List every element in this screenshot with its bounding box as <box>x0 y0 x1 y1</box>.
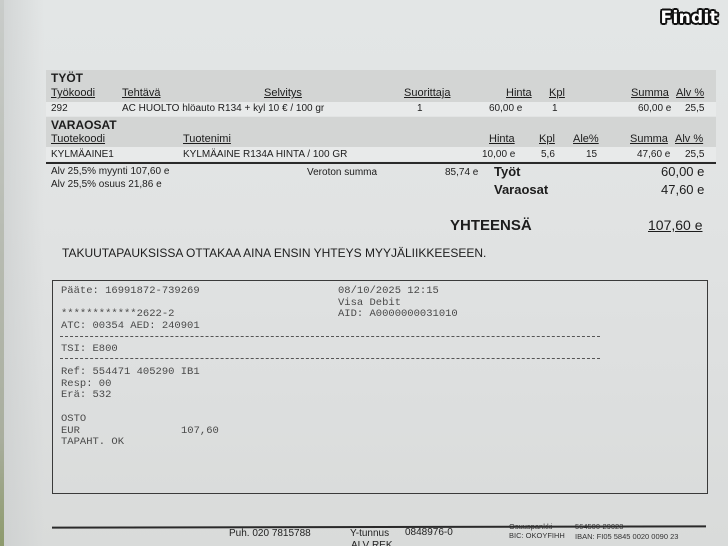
work-total-value: 60,00 e <box>661 164 704 179</box>
part-vat: 25,5 <box>685 149 704 160</box>
batch-number: Erä: 532 <box>61 389 111 401</box>
work-vat: 25,5 <box>685 103 704 114</box>
col-parts-alv: Alv % <box>675 133 703 145</box>
atc-aed: ATC: 00354 AED: 240901 <box>61 320 200 332</box>
grand-total-label: YHTEENSÄ <box>450 217 532 234</box>
work-total-label: Työt <box>494 164 520 179</box>
net-value: 85,74 e <box>445 167 478 178</box>
parts-header-band <box>46 117 716 147</box>
work-performer: 1 <box>417 103 423 114</box>
part-price: 10,00 e <box>482 149 515 160</box>
col-tuotekoodi: Tuotekoodi <box>51 133 105 145</box>
col-summa: Summa <box>631 87 669 99</box>
col-parts-hinta: Hinta <box>489 133 515 145</box>
col-selvitys: Selvitys <box>264 87 302 99</box>
vat-registration: ALV REK <box>351 540 393 546</box>
part-code: KYLMÄAINE1 <box>51 149 114 160</box>
amount: 107,60 <box>181 425 219 437</box>
warranty-note: TAKUUTAPAUKSISSA OTTAKAA AINA ENSIN YHTE… <box>62 246 486 260</box>
transaction-datetime: 08/10/2025 12:15 <box>338 285 439 297</box>
business-id: 0848976-0 <box>405 527 453 538</box>
transaction-status: TAPAHT. OK <box>61 436 124 448</box>
net-label: Veroton summa <box>307 167 377 178</box>
parts-section-title: VARAOSAT <box>51 118 117 132</box>
findit-logo: Findit <box>661 8 718 28</box>
part-qty: 5,6 <box>541 149 555 160</box>
dashed-separator <box>60 358 600 359</box>
part-discount: 15 <box>586 149 597 160</box>
iban: IBAN: FI05 5845 0020 0090 23 <box>575 532 678 541</box>
card-number: ************2622-2 <box>61 308 174 320</box>
bank-name: Osuuspankki <box>509 522 552 531</box>
vat-sales: Alv 25,5% myynti 107,60 e <box>51 166 169 177</box>
work-qty: 1 <box>552 103 558 114</box>
work-code: 292 <box>51 103 68 114</box>
col-parts-summa: Summa <box>630 133 668 145</box>
phone-number: Puh. 020 7815788 <box>229 528 311 539</box>
col-tuotenimi: Tuotenimi <box>183 133 231 145</box>
part-name: KYLMÄAINE R134A HINTA / 100 GR <box>183 149 347 160</box>
col-parts-kpl: Kpl <box>539 133 555 145</box>
parts-total-value: 47,60 e <box>661 182 704 197</box>
reference: Ref: 554471 405290 IB1 <box>61 366 200 378</box>
totals-divider <box>46 162 716 164</box>
terminal-id: Pääte: 16991872-739269 <box>61 285 200 297</box>
business-id-label: Y-tunnus <box>350 528 389 539</box>
col-suorittaja: Suorittaja <box>404 87 450 99</box>
col-tehtava: Tehtävä <box>122 87 161 99</box>
work-task: AC HUOLTO hlöauto R134 + kyl 10 € / 100 … <box>122 103 324 114</box>
work-sum: 60,00 e <box>638 103 671 114</box>
dashed-separator <box>60 336 600 337</box>
work-section-title: TYÖT <box>51 71 83 85</box>
bic: BIC: OKOYFIHH <box>509 531 565 540</box>
col-alv: Alv % <box>676 87 704 99</box>
work-price: 60,00 e <box>489 103 522 114</box>
bank-account: 564500-29023 <box>575 522 623 531</box>
col-hinta: Hinta <box>506 87 532 99</box>
col-tyokoodi: Työkoodi <box>51 87 95 99</box>
part-sum: 47,60 e <box>637 149 670 160</box>
parts-total-label: Varaosat <box>494 182 548 197</box>
parts-row-band <box>46 147 716 161</box>
col-ale: Ale% <box>573 133 599 145</box>
tsi: TSI: E800 <box>61 343 118 355</box>
aid: AID: A0000000031010 <box>338 308 458 320</box>
paper-shadow <box>4 0 44 546</box>
col-kpl: Kpl <box>549 87 565 99</box>
grand-total-value: 107,60 e <box>648 217 703 233</box>
transaction-type: OSTO <box>61 413 86 425</box>
vat-share: Alv 25,5% osuus 21,86 e <box>51 179 162 190</box>
